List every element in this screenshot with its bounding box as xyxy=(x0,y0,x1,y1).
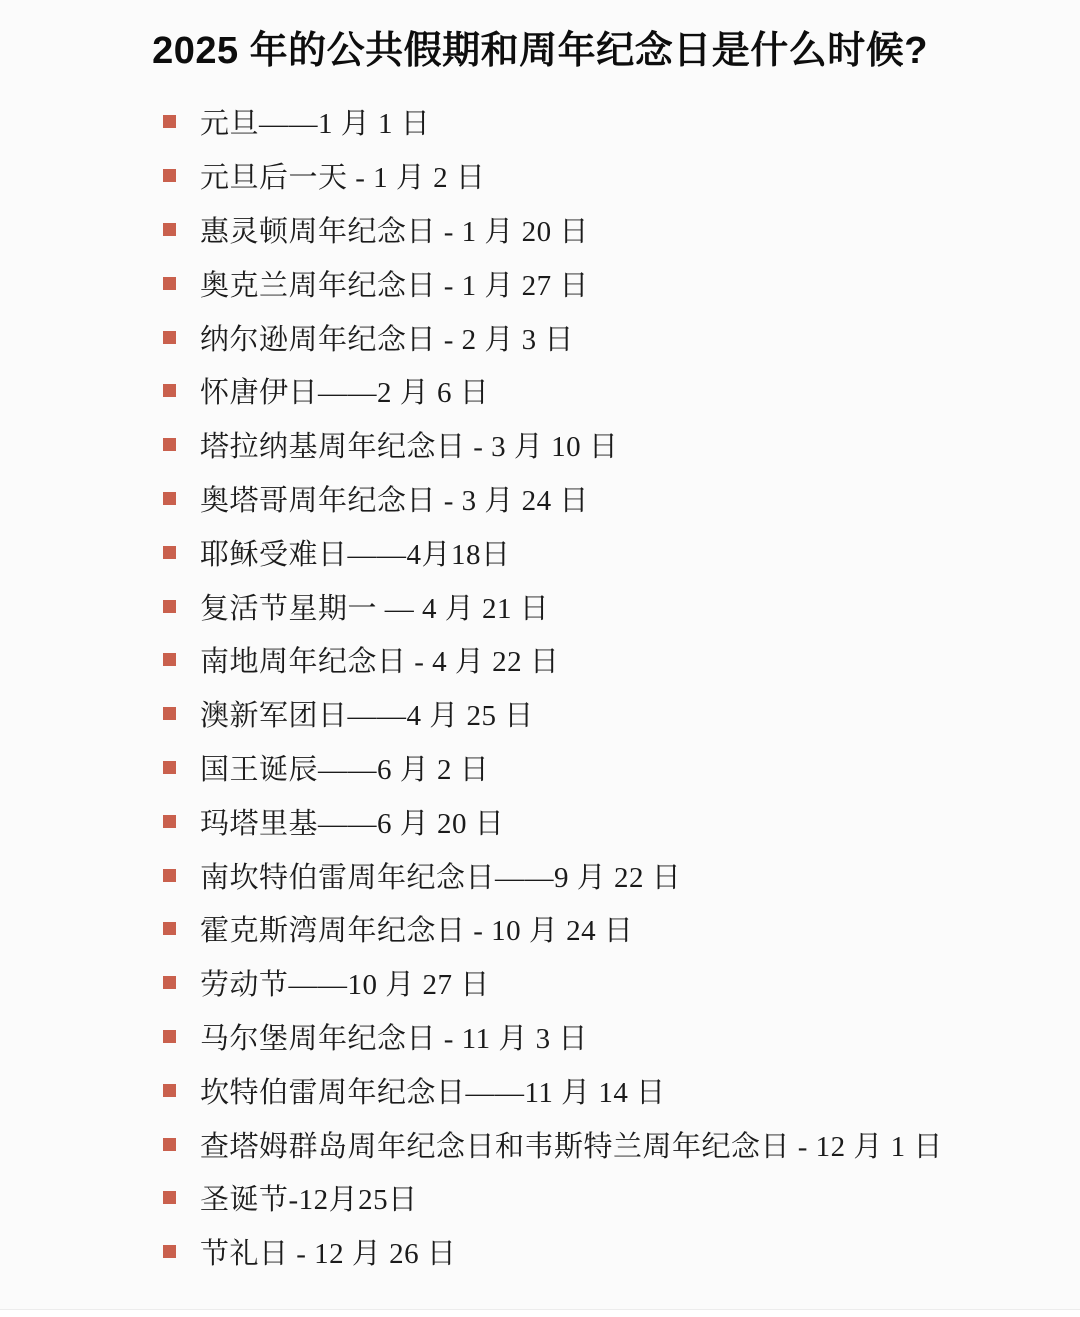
holiday-label: 纳尔逊周年纪念日 - 2 月 3 日 xyxy=(200,317,574,358)
bullet-square-icon xyxy=(163,869,176,882)
list-item: 澳新军团日——4 月 25 日 xyxy=(163,687,1050,741)
bullet-square-icon xyxy=(163,1138,176,1151)
holiday-label: 南地周年纪念日 - 4 月 22 日 xyxy=(200,639,559,680)
page-title: 2025 年的公共假期和周年纪念日是什么时候? xyxy=(0,0,1080,76)
bullet-square-icon xyxy=(163,653,176,666)
holiday-label: 查塔姆群岛周年纪念日和韦斯特兰周年纪念日 - 12 月 1 日 xyxy=(200,1124,943,1165)
bullet-square-icon xyxy=(163,922,176,935)
list-item: 奥克兰周年纪念日 - 1 月 27 日 xyxy=(163,256,1050,310)
bullet-square-icon xyxy=(163,492,176,505)
bullet-square-icon xyxy=(163,976,176,989)
holiday-label: 坎特伯雷周年纪念日——11 月 14 日 xyxy=(200,1070,666,1111)
holiday-label: 劳动节——10 月 27 日 xyxy=(200,962,490,1003)
holiday-label: 耶稣受难日——4月18日 xyxy=(200,532,511,573)
bullet-square-icon xyxy=(163,331,176,344)
holiday-label: 南坎特伯雷周年纪念日——9 月 22 日 xyxy=(200,855,681,896)
list-item: 复活节星期一 — 4 月 21 日 xyxy=(163,579,1050,633)
list-item: 元旦后一天 - 1 月 2 日 xyxy=(163,149,1050,203)
holiday-list: 元旦——1 月 1 日 元旦后一天 - 1 月 2 日 惠灵顿周年纪念日 - 1… xyxy=(163,95,1050,1279)
holiday-label: 霍克斯湾周年纪念日 - 10 月 24 日 xyxy=(200,908,633,949)
bullet-square-icon xyxy=(163,546,176,559)
holiday-label: 玛塔里基——6 月 20 日 xyxy=(200,801,504,842)
holiday-label: 塔拉纳基周年纪念日 - 3 月 10 日 xyxy=(200,424,618,465)
list-item: 国王诞辰——6 月 2 日 xyxy=(163,741,1050,795)
document-page: 2025 年的公共假期和周年纪念日是什么时候? 元旦——1 月 1 日 元旦后一… xyxy=(0,0,1080,1317)
bullet-square-icon xyxy=(163,1245,176,1258)
holiday-label: 澳新军团日——4 月 25 日 xyxy=(200,693,534,734)
bullet-square-icon xyxy=(163,277,176,290)
list-item: 纳尔逊周年纪念日 - 2 月 3 日 xyxy=(163,310,1050,364)
holiday-label: 节礼日 - 12 月 26 日 xyxy=(200,1231,456,1272)
list-item: 惠灵顿周年纪念日 - 1 月 20 日 xyxy=(163,203,1050,257)
list-item: 耶稣受难日——4月18日 xyxy=(163,525,1050,579)
list-item: 节礼日 - 12 月 26 日 xyxy=(163,1225,1050,1279)
bullet-square-icon xyxy=(163,815,176,828)
bullet-square-icon xyxy=(163,1191,176,1204)
list-item: 南地周年纪念日 - 4 月 22 日 xyxy=(163,633,1050,687)
holiday-label: 复活节星期一 — 4 月 21 日 xyxy=(200,586,549,627)
bullet-square-icon xyxy=(163,223,176,236)
holiday-label: 圣诞节-12月25日 xyxy=(200,1177,418,1218)
bullet-square-icon xyxy=(163,115,176,128)
list-item: 查塔姆群岛周年纪念日和韦斯特兰周年纪念日 - 12 月 1 日 xyxy=(163,1117,1050,1171)
bottom-edge-strip xyxy=(0,1309,1080,1317)
holiday-label: 奥克兰周年纪念日 - 1 月 27 日 xyxy=(200,263,589,304)
holiday-label: 国王诞辰——6 月 2 日 xyxy=(200,747,489,788)
holiday-label: 惠灵顿周年纪念日 - 1 月 20 日 xyxy=(200,209,589,250)
holiday-label: 奥塔哥周年纪念日 - 3 月 24 日 xyxy=(200,478,589,519)
holiday-label: 元旦——1 月 1 日 xyxy=(200,101,430,142)
list-item: 元旦——1 月 1 日 xyxy=(163,95,1050,149)
list-item: 怀唐伊日——2 月 6 日 xyxy=(163,364,1050,418)
list-item: 玛塔里基——6 月 20 日 xyxy=(163,794,1050,848)
bullet-square-icon xyxy=(163,1084,176,1097)
bullet-square-icon xyxy=(163,438,176,451)
list-item: 坎特伯雷周年纪念日——11 月 14 日 xyxy=(163,1063,1050,1117)
holiday-label: 怀唐伊日——2 月 6 日 xyxy=(200,370,489,411)
list-item: 圣诞节-12月25日 xyxy=(163,1171,1050,1225)
holiday-label: 马尔堡周年纪念日 - 11 月 3 日 xyxy=(200,1016,588,1057)
list-item: 马尔堡周年纪念日 - 11 月 3 日 xyxy=(163,1010,1050,1064)
bullet-square-icon xyxy=(163,169,176,182)
bullet-square-icon xyxy=(163,384,176,397)
holiday-label: 元旦后一天 - 1 月 2 日 xyxy=(200,155,485,196)
list-item: 奥塔哥周年纪念日 - 3 月 24 日 xyxy=(163,472,1050,526)
bullet-square-icon xyxy=(163,1030,176,1043)
bullet-square-icon xyxy=(163,600,176,613)
list-item: 劳动节——10 月 27 日 xyxy=(163,956,1050,1010)
list-item: 塔拉纳基周年纪念日 - 3 月 10 日 xyxy=(163,418,1050,472)
list-item: 南坎特伯雷周年纪念日——9 月 22 日 xyxy=(163,848,1050,902)
bullet-square-icon xyxy=(163,707,176,720)
bullet-square-icon xyxy=(163,761,176,774)
list-item: 霍克斯湾周年纪念日 - 10 月 24 日 xyxy=(163,902,1050,956)
